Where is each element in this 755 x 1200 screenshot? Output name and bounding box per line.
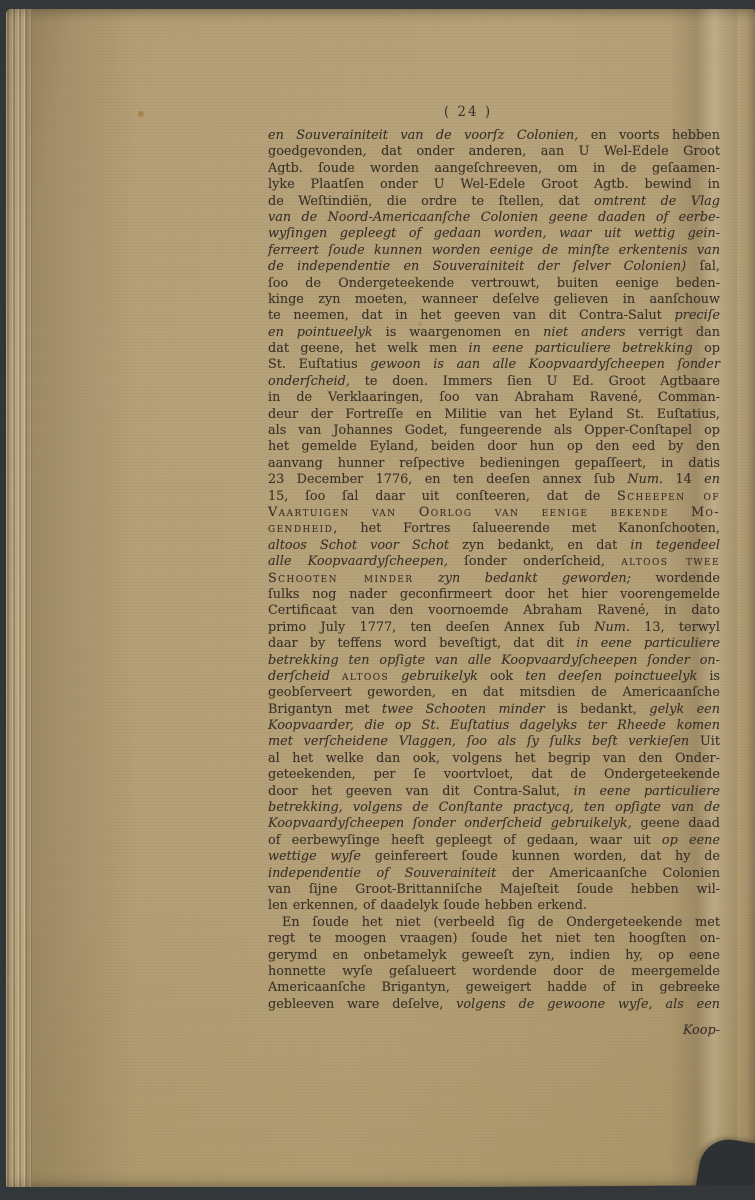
text-line: van ſijne Groot-Brittanniſche Majeſteit … (268, 882, 720, 898)
italic-text: gelyk een (649, 702, 720, 717)
italic-text: ferreert ſoude kunnen worden eenige de m… (268, 243, 720, 258)
italic-text: ten deeſen poinctueelyk (525, 669, 697, 684)
roman-text: als van Johannes Godet, fungeerende als … (268, 423, 720, 438)
smallcaps-text: altoos twee (621, 554, 720, 569)
text-line: van de Noord-Americaanſche Colonien geen… (268, 210, 720, 226)
italic-text: gebruikelyk (389, 669, 478, 684)
scan-background-bottom (0, 1185, 755, 1200)
text-line: als van Johannes Godet, fungeerende als … (268, 423, 720, 439)
text-line: ferreert ſoude kunnen worden eenige de m… (268, 243, 720, 259)
text-line: gerymd en onbetamelyk geweeſt zyn, indie… (268, 948, 720, 964)
roman-text: Brigantyn met (268, 702, 382, 717)
roman-text: der Americaanſche Colonien (496, 866, 720, 881)
text-block: en Souverainiteit van de voorſz Colonien… (268, 128, 720, 1040)
text-line: primo July 1777, ten deeſen Annex ſub Nu… (268, 620, 720, 636)
text-line: of eerbewyſinge heeft gepleegt of gedaan… (268, 833, 720, 849)
roman-text: het gemelde Eyland, beiden door hun op d… (268, 439, 720, 454)
text-line: door het geeven van dit Contra-Salut, in… (268, 784, 720, 800)
text-line: lyke Plaatſen onder U Wel-Edele Groot Ag… (268, 177, 720, 193)
roman-text: al het welke dan ook, volgens het begrip… (268, 751, 720, 766)
roman-text: geteekenden, per ſe voortvloet, dat de O… (268, 767, 720, 782)
text-line: 23 December 1776, en ten deeſen annex ſu… (268, 472, 720, 488)
roman-text: , (649, 997, 666, 1012)
roman-text: het Fortres ſalueerende met Kanonſchoote… (339, 521, 720, 536)
smallcaps-text: Vaartuigen van Oorlog van eenige bekende… (268, 505, 720, 520)
roman-text: 13, terwyl (630, 620, 720, 635)
text-line: Agtb. ſoude worden aangeſchreeven, om in… (268, 161, 720, 177)
text-line: independentie of Souverainiteit der Amer… (268, 866, 720, 882)
italic-text: Num. (594, 620, 630, 635)
roman-text: En ſoude het niet (verbeeld ſig de Onder… (282, 915, 720, 930)
text-line: alle Koopvaardyſcheepen, ſonder onderſch… (268, 554, 720, 570)
italic-text: twee Schooten minder (382, 702, 545, 717)
roman-text: te neemen, dat in het geeven van dit Con… (268, 308, 675, 323)
italic-text: en (704, 472, 720, 487)
text-line: honnette wyſe geſalueert wordende door d… (268, 964, 720, 980)
roman-text: is waargenomen en (373, 325, 543, 340)
italic-text: onderſcheid, (268, 374, 350, 389)
roman-text: honnette wyſe geſalueert wordende door d… (268, 964, 720, 979)
text-line: al het welke dan ook, volgens het begrip… (268, 751, 720, 767)
text-line: Brigantyn met twee Schooten minder is be… (268, 702, 720, 718)
text-line: Schooten minder zyn bedankt geworden; wo… (268, 571, 720, 587)
text-line: het gemelde Eyland, beiden door hun op d… (268, 439, 720, 455)
book-page: ( 24 ) en Souverainiteit van de voorſz C… (6, 9, 755, 1187)
italic-text: gewoon is aan alle Koopvaardyſcheepen ſo… (370, 357, 720, 372)
text-line: betrekking, volgens de Conſtante practyc… (268, 800, 720, 816)
roman-text: is bedankt, (545, 702, 650, 717)
text-line: dat geene, het welk men in eene particul… (268, 341, 720, 357)
roman-text: aanvang hunner reſpective bedieningen ge… (268, 456, 720, 471)
text-line: Americaanſche Brigantyn, geweigert hadde… (268, 980, 720, 996)
roman-text: geinfereert ſoude kunnen worden, dat hy … (361, 849, 720, 864)
text-line: En ſoude het niet (verbeeld ſig de Onder… (268, 915, 720, 931)
roman-text: en voorts hebben (578, 128, 720, 143)
text-line: altoos Schot voor Schot zyn bedankt, en … (268, 538, 720, 554)
roman-text: geene daad (632, 816, 720, 831)
italic-text: in eene particuliere (574, 784, 720, 799)
italic-text: betrekking, volgens de Conſtante practyc… (268, 800, 720, 815)
gutter-shadow (26, 9, 136, 1187)
roman-text: ſulks nog nader geconfirmeert door het h… (268, 587, 720, 602)
italic-text: met verſcheidene Vlaggen, ſoo als ſy ſul… (268, 734, 689, 749)
text-line: wyſingen gepleegt of gedaan worden, waar… (268, 226, 720, 242)
scanned-page-viewer: ( 24 ) en Souverainiteit van de voorſz C… (0, 0, 755, 1200)
text-line: 15, ſoo ſal daar uit conſteeren, dat de … (268, 489, 720, 505)
italic-text: betrekking ten opſigte van alle Koopvaar… (268, 653, 720, 668)
italic-text: omtrent de Vlag (594, 194, 720, 209)
page-number: ( 24 ) (268, 104, 720, 120)
roman-text: ſoo de Ondergeteekende vertrouwt, buiten… (268, 276, 720, 291)
roman-text: goedgevonden, dat onder anderen, aan U W… (268, 144, 720, 159)
smallcaps-text: gendheid, (268, 521, 339, 536)
roman-text: door het geeven van dit Contra-Salut, (268, 784, 574, 799)
smallcaps-text: Scheepen of (617, 489, 720, 504)
italic-text: de independentie en Souverainiteit der ſ… (268, 259, 686, 274)
italic-text: altoos Schot voor Schot (268, 538, 449, 553)
roman-text: primo July 1777, ten deeſen Annex ſub (268, 620, 594, 635)
text-line: daar by teffens word beveſtigt, dat dit … (268, 636, 720, 652)
italic-text: zyn bedankt geworden; (438, 571, 631, 586)
italic-text: en Souverainiteit van de voorſz Colonien… (268, 128, 578, 143)
roman-text: Certificaat van den voornoemde Abraham R… (268, 603, 720, 618)
italic-text: en pointueelyk (268, 325, 373, 340)
text-line: regt te moogen vraagen) ſoude het niet t… (268, 931, 720, 947)
italic-text: wettige wyſe (268, 849, 361, 864)
roman-text: wordende (631, 571, 720, 586)
italic-text: niet anders (543, 325, 625, 340)
roman-text: te doen. Immers ſien U Ed. Groot Agtbaar… (350, 374, 720, 389)
text-line: wettige wyſe geinfereert ſoude kunnen wo… (268, 849, 720, 865)
roman-text: ſal, (686, 259, 720, 274)
text-line: betrekking ten opſigte van alle Koopvaar… (268, 653, 720, 669)
italic-text: preciſe (675, 308, 720, 323)
text-line: Certificaat van den voornoemde Abraham R… (268, 603, 720, 619)
italic-text: als een (665, 997, 720, 1012)
smallcaps-text: altoos (342, 669, 389, 684)
text-line: goedgevonden, dat onder anderen, aan U W… (268, 144, 720, 160)
italic-text: Koopvaardyſcheepen ſonder onderſcheid ge… (268, 816, 632, 831)
roman-text: St. Euſtatius (268, 357, 370, 372)
text-line: ſoo de Ondergeteekende vertrouwt, buiten… (268, 276, 720, 292)
text-line: Koopvaarder, die op St. Euſtatius dagely… (268, 718, 720, 734)
text-line: geobſerveert geworden, en dat mitsdien d… (268, 685, 720, 701)
text-line: ſulks nog nader geconfirmeert door het h… (268, 587, 720, 603)
roman-text: van ſijne Groot-Brittanniſche Majeſteit … (268, 882, 720, 897)
roman-text: gerymd en onbetamelyk geweeſt zyn, indie… (268, 948, 720, 963)
roman-text: len erkennen, of daadelyk ſoude hebben e… (268, 898, 587, 913)
roman-text: ook (478, 669, 525, 684)
text-line: Koopvaardyſcheepen ſonder onderſcheid ge… (268, 816, 720, 832)
paper-stain (137, 110, 145, 118)
text-line: en Souverainiteit van de voorſz Colonien… (268, 128, 720, 144)
text-line: derſcheid altoos gebruikelyk ook ten dee… (268, 669, 720, 685)
text-line: Vaartuigen van Oorlog van eenige bekende… (268, 505, 720, 521)
text-line: geteekenden, per ſe voortvloet, dat de O… (268, 767, 720, 783)
roman-text: regt te moogen vraagen) ſoude het niet t… (268, 931, 720, 946)
roman-text: 15, ſoo ſal daar uit conſteeren, dat de (268, 489, 617, 504)
text-line: onderſcheid, te doen. Immers ſien U Ed. … (268, 374, 720, 390)
italic-text: alle Koopvaardyſcheepen, (268, 554, 448, 569)
roman-text: in de Verklaaringen, ſoo van Abraham Rav… (268, 390, 720, 405)
roman-text: Americaanſche Brigantyn, geweigert hadde… (268, 980, 720, 995)
text-line: deur der Fortreſſe en Militie van het Ey… (268, 407, 720, 423)
roman-text: op (693, 341, 720, 356)
catchword: Koop- (268, 1023, 720, 1039)
italic-text: van de Noord-Americaanſche Colonien geen… (268, 210, 720, 225)
roman-text: geobſerveert geworden, en dat mitsdien d… (268, 685, 720, 700)
text-line: kinge zyn moeten, wanneer deſelve geliev… (268, 292, 720, 308)
roman-text: dat geene, het welk men (268, 341, 469, 356)
text-line: gebleeven ware deſelve, volgens de gewoo… (268, 997, 720, 1013)
roman-text: daar by teffens word beveſtigt, dat dit (268, 636, 576, 651)
roman-text: 14 (663, 472, 704, 487)
italic-text: Koopvaarder, die op St. Euſtatius dagely… (268, 718, 720, 733)
roman-text: de Weſtindiën, die ordre te ſtellen, dat (268, 194, 594, 209)
italic-text: in eene particuliere betrekking (469, 341, 693, 356)
roman-text: ſonder onderſcheid, (448, 554, 621, 569)
roman-text: lyke Plaatſen onder U Wel-Edele Groot Ag… (268, 177, 720, 192)
roman-text: 23 December 1776, en ten deeſen annex ſu… (268, 472, 627, 487)
text-line: de Weſtindiën, die ordre te ſtellen, dat… (268, 194, 720, 210)
roman-text: Uit (689, 734, 720, 749)
italic-text: Num. (627, 472, 663, 487)
italic-text: op eene (662, 833, 720, 848)
roman-text: zyn bedankt, en dat (449, 538, 630, 553)
text-line: met verſcheidene Vlaggen, ſoo als ſy ſul… (268, 734, 720, 750)
text-line: in de Verklaaringen, ſoo van Abraham Rav… (268, 390, 720, 406)
italic-text: wyſingen gepleegt of gedaan worden, waar… (268, 226, 720, 241)
italic-text: in eene particuliere (576, 636, 720, 651)
roman-text: deur der Fortreſſe en Militie van het Ey… (268, 407, 720, 422)
roman-text: kinge zyn moeten, wanneer deſelve geliev… (268, 292, 720, 307)
italic-text: in tegendeel (630, 538, 720, 553)
italic-text: volgens de gewoone wyſe (456, 997, 648, 1012)
text-line: St. Euſtatius gewoon is aan alle Koopvaa… (268, 357, 720, 373)
italic-text: independentie of Souverainiteit (268, 866, 496, 881)
smallcaps-text: Schooten minder (268, 571, 413, 586)
text-line: gendheid, het Fortres ſalueerende met Ka… (268, 521, 720, 537)
roman-text: gebleeven ware deſelve, (268, 997, 456, 1012)
text-line: aanvang hunner reſpective bedieningen ge… (268, 456, 720, 472)
text-line: te neemen, dat in het geeven van dit Con… (268, 308, 720, 324)
text-line: de independentie en Souverainiteit der ſ… (268, 259, 720, 275)
roman-text: verrigt dan (625, 325, 720, 340)
italic-text: derſcheid (268, 669, 342, 684)
roman-text (413, 571, 438, 586)
roman-text: is (697, 669, 720, 684)
roman-text: Agtb. ſoude worden aangeſchreeven, om in… (268, 161, 720, 176)
text-line: len erkennen, of daadelyk ſoude hebben e… (268, 898, 720, 914)
text-line: en pointueelyk is waargenomen en niet an… (268, 325, 720, 341)
roman-text: of eerbewyſinge heeft gepleegt of gedaan… (268, 833, 662, 848)
